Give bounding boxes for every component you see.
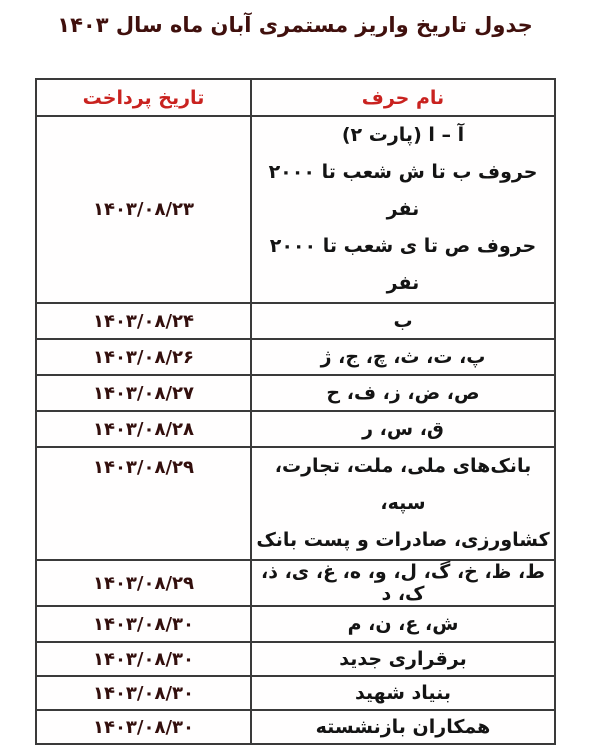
name-cell: ش، ع، ن، م (251, 606, 555, 642)
payment-date: ۱۴۰۳/۰۸/۲۷ (93, 383, 194, 404)
name-cell: آ – ا (پارت ۲) حروف ب تا ش شعب تا ۲۰۰۰ ن… (251, 116, 555, 303)
name-line: کشاورزی، صادرات و پست بانک (256, 522, 550, 559)
table-row: پ، ت، ث، چ، ج، ژ ۱۴۰۳/۰۸/۲۶ (36, 339, 555, 375)
name-line: بانک‌های ملی، ملت، تجارت، سپه، (256, 448, 550, 522)
name-line: حروف ب تا ش شعب تا ۲۰۰۰ نفر (256, 154, 550, 228)
payment-date: ۱۴۰۳/۰۸/۲۴ (93, 311, 194, 332)
payment-date: ۱۴۰۳/۰۸/۲۹ (93, 457, 194, 478)
name-line: ش، ع، ن، م (348, 613, 459, 635)
name-line: ب (393, 310, 412, 332)
date-cell: ۱۴۰۳/۰۸/۲۸ (36, 411, 251, 447)
date-cell: ۱۴۰۳/۰۸/۲۳ (36, 116, 251, 303)
header-row: نام حرف تاریخ پرداخت (36, 79, 555, 116)
payment-date: ۱۴۰۳/۰۸/۲۳ (93, 199, 194, 220)
page-title: جدول تاریخ واریز مستمری آبان ماه سال ۱۴۰… (0, 0, 590, 37)
name-cell: ص، ض، ز، ف، ح (251, 375, 555, 411)
payment-date: ۱۴۰۳/۰۸/۲۶ (93, 347, 194, 368)
date-cell: ۱۴۰۳/۰۸/۲۹ (36, 560, 251, 606)
column-header-date: تاریخ پرداخت (36, 79, 251, 116)
name-cell: ب (251, 303, 555, 339)
table-row: بانک‌های ملی، ملت، تجارت، سپه، کشاورزی، … (36, 447, 555, 560)
table-row: ب ۱۴۰۳/۰۸/۲۴ (36, 303, 555, 339)
payment-date: ۱۴۰۳/۰۸/۲۹ (93, 573, 194, 594)
name-cell: ق، س، ر (251, 411, 555, 447)
payment-date: ۱۴۰۳/۰۸/۲۸ (93, 419, 194, 440)
name-cell: بانک‌های ملی، ملت، تجارت، سپه، کشاورزی، … (251, 447, 555, 560)
name-line: ص، ض، ز، ف، ح (326, 382, 479, 404)
name-line: پ، ت، ث، چ، ج، ژ (321, 346, 486, 368)
column-header-name: نام حرف (251, 79, 555, 116)
name-line: حروف ص تا ی شعب تا ۲۰۰۰ نفر (256, 228, 550, 302)
date-cell: ۱۴۰۳/۰۸/۲۹ (36, 447, 251, 560)
date-cell: ۱۴۰۳/۰۸/۲۴ (36, 303, 251, 339)
name-line: ط، ظ، خ، گ، ل، و، ه، غ، ی، ذ، ک، د (261, 561, 545, 605)
table-row: آ – ا (پارت ۲) حروف ب تا ش شعب تا ۲۰۰۰ ن… (36, 116, 555, 303)
table-row: ق، س، ر ۱۴۰۳/۰۸/۲۸ (36, 411, 555, 447)
date-cell: ۱۴۰۳/۰۸/۲۷ (36, 375, 251, 411)
date-cell: ۱۴۰۳/۰۸/۲۶ (36, 339, 251, 375)
name-line: آ – ا (پارت ۲) (256, 117, 550, 154)
payment-schedule-table: نام حرف تاریخ پرداخت آ – ا (پارت ۲) حروف… (35, 78, 556, 644)
name-cell: پ، ت، ث، چ، ج، ژ (251, 339, 555, 375)
payment-date: ۱۴۰۳/۰۸/۳۰ (93, 614, 194, 635)
name-line: ق، س، ر (362, 418, 444, 440)
table-row: ش، ع، ن، م ۱۴۰۳/۰۸/۳۰ (36, 606, 555, 642)
date-cell: ۱۴۰۳/۰۸/۳۰ (36, 606, 251, 642)
table-row: ط، ظ، خ، گ، ل، و، ه، غ، ی، ذ، ک، د ۱۴۰۳/… (36, 560, 555, 606)
name-cell: ط، ظ، خ، گ، ل، و، ه، غ، ی، ذ، ک، د (251, 560, 555, 606)
table-row: ص، ض، ز، ف، ح ۱۴۰۳/۰۸/۲۷ (36, 375, 555, 411)
